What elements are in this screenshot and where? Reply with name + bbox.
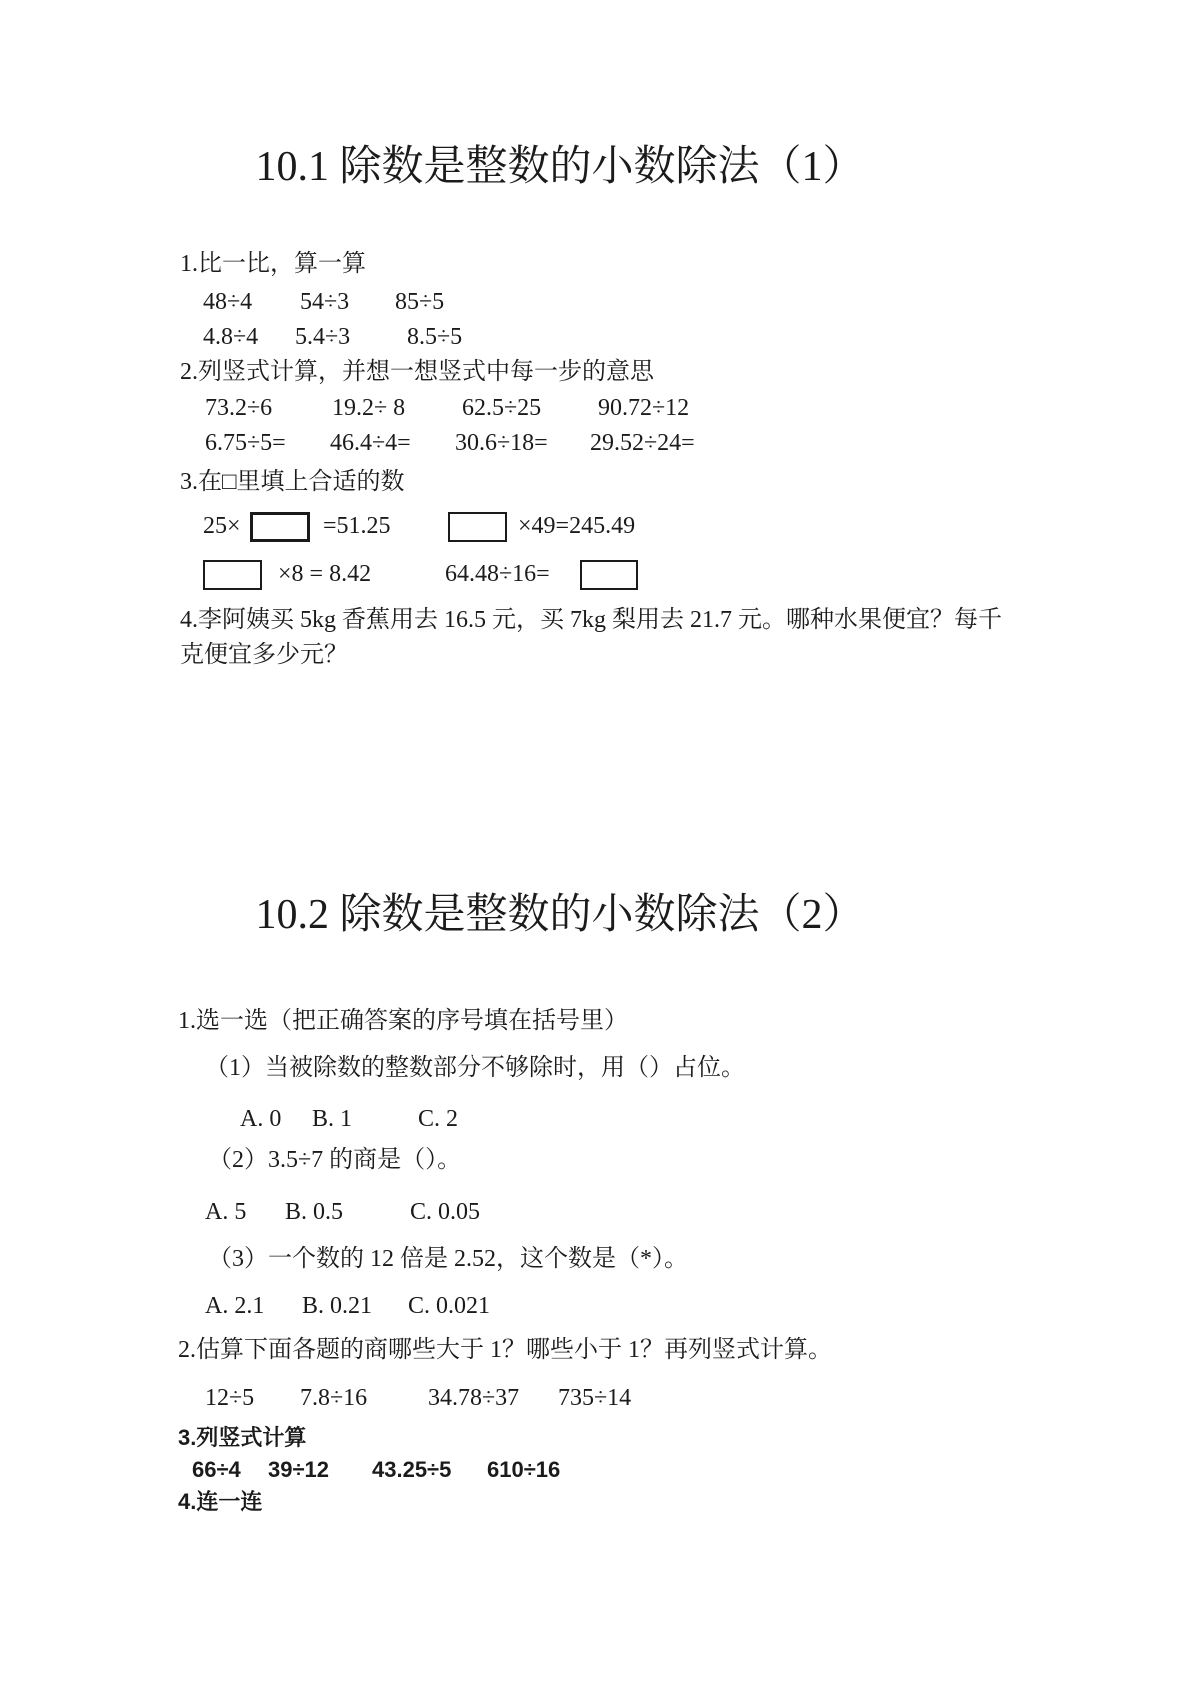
option: B. 0.5: [285, 1196, 343, 1228]
worksheet-page: 10.1 除数是整数的小数除法（1） 1.比一比，算一算 48÷4 54÷3 8…: [0, 0, 1191, 1684]
option: C. 0.05: [410, 1196, 480, 1228]
expression: =51.25: [323, 510, 391, 542]
expression: ×49=245.49: [518, 510, 635, 542]
question-label-p2q3: 3.列竖式计算: [178, 1423, 306, 1453]
option: A. 2.1: [205, 1290, 264, 1322]
expression: 85÷5: [395, 286, 444, 318]
expression: 5.4÷3: [295, 321, 350, 353]
choice-stem-2: （2）3.5÷7 的商是（）。: [208, 1144, 461, 1176]
answer-box: [448, 512, 507, 542]
expression: 62.5÷25: [462, 392, 541, 424]
section-title-10-2: 10.2 除数是整数的小数除法（2）: [0, 886, 1120, 944]
expression: 735÷14: [558, 1382, 631, 1414]
question-label-p1q1: 1.比一比，算一算: [180, 248, 366, 280]
expression: 48÷4: [203, 286, 252, 318]
option: B. 1: [312, 1103, 352, 1135]
expression: 64.48÷16=: [445, 558, 550, 590]
expression: 90.72÷12: [598, 392, 689, 424]
expression: 25×: [203, 510, 241, 542]
question-label-p1q4: 4.李阿姨买 5kg 香蕉用去 16.5 元，买 7kg 梨用去 21.7 元。…: [180, 604, 1002, 636]
answer-box: [203, 560, 262, 590]
expression-row: 12÷5 7.8÷16 34.78÷37 735÷14: [0, 1382, 1191, 1428]
expression: 6.75÷5=: [205, 427, 286, 459]
expression: ×8 = 8.42: [278, 558, 371, 590]
fill-in-row: 25× =51.25 ×49=245.49: [0, 505, 1191, 551]
question-label-p2q4: 4.连一连: [178, 1487, 262, 1517]
choice-stem-3: （3）一个数的 12 倍是 2.52，这个数是（*）。: [208, 1243, 688, 1275]
choice-stem-1: （1）当被除数的整数部分不够除时，用（）占位。: [205, 1052, 745, 1084]
option: B. 0.21: [302, 1290, 372, 1322]
expression: 43.25÷5: [372, 1455, 451, 1485]
option: C. 2: [418, 1103, 458, 1135]
expression: 34.78÷37: [428, 1382, 519, 1414]
options-row: A. 5 B. 0.5 C. 0.05: [0, 1196, 1191, 1242]
options-row: A. 2.1 B. 0.21 C. 0.021: [0, 1290, 1191, 1336]
expression: 54÷3: [300, 286, 349, 318]
question-label-p2q2: 2.估算下面各题的商哪些大于 1？哪些小于 1？再列竖式计算。: [178, 1334, 832, 1366]
expression: 30.6÷18=: [455, 427, 548, 459]
fill-in-row: ×8 = 8.42 64.48÷16=: [0, 553, 1191, 599]
section-title-10-1: 10.1 除数是整数的小数除法（1）: [0, 138, 1120, 196]
question-text-continued: 克便宜多少元？: [180, 639, 348, 671]
expression: 29.52÷24=: [590, 427, 695, 459]
expression: 66÷4: [192, 1455, 241, 1485]
expression-row: 6.75÷5= 46.4÷4= 30.6÷18= 29.52÷24=: [0, 427, 1191, 473]
question-label-p1q3: 3.在□里填上合适的数: [180, 466, 405, 498]
expression: 610÷16: [487, 1455, 560, 1485]
expression: 12÷5: [205, 1382, 254, 1414]
expression: 4.8÷4: [203, 321, 258, 353]
expression: 46.4÷4=: [330, 427, 411, 459]
expression: 19.2÷ 8: [332, 392, 405, 424]
answer-box: [250, 512, 310, 542]
expression: 7.8÷16: [300, 1382, 367, 1414]
expression: 73.2÷6: [205, 392, 272, 424]
answer-box: [580, 560, 638, 590]
expression: 39÷12: [268, 1455, 329, 1485]
option: A. 0: [240, 1103, 281, 1135]
question-label-p1q2: 2.列竖式计算，并想一想竖式中每一步的意思: [180, 356, 654, 388]
option: C. 0.021: [408, 1290, 490, 1322]
question-label-p2q1: 1.选一选（把正确答案的序号填在括号里）: [178, 1005, 628, 1037]
expression: 8.5÷5: [407, 321, 462, 353]
options-row: A. 0 B. 1 C. 2: [0, 1103, 1191, 1149]
option: A. 5: [205, 1196, 246, 1228]
